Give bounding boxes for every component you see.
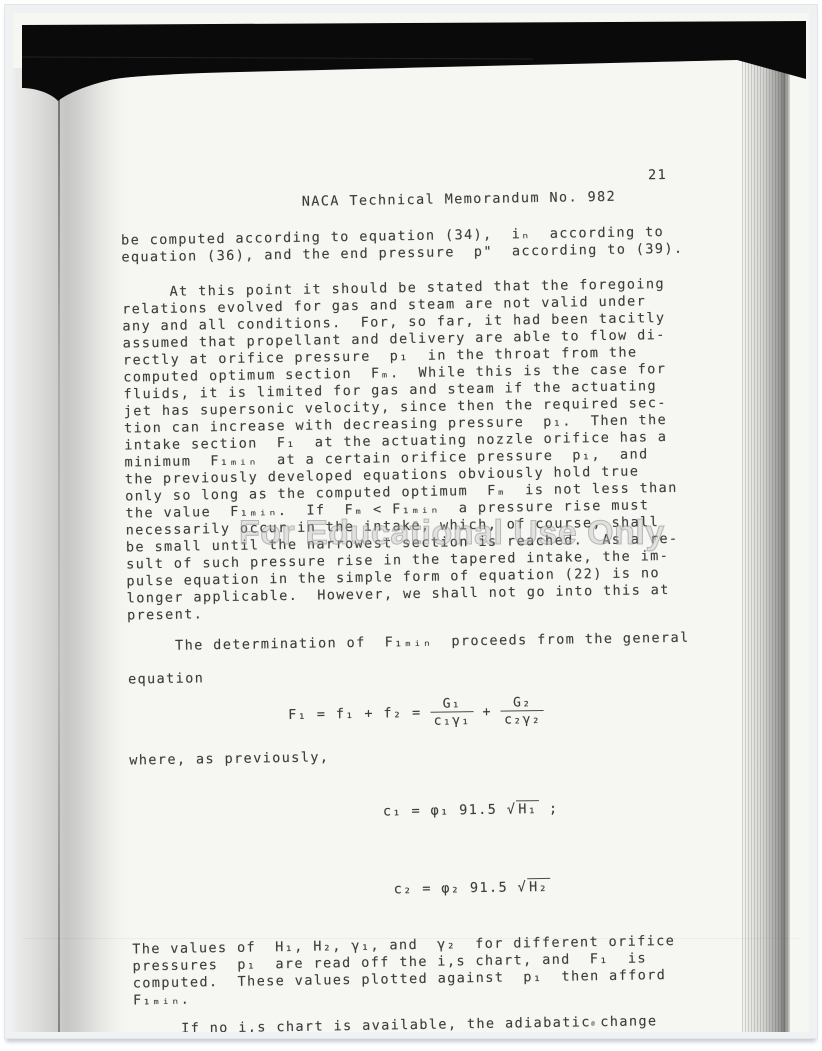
equation-c2-prefix: c₂ = φ₂ 91.5: [394, 879, 518, 897]
equation-plus-operator: +: [482, 703, 492, 720]
fraction-numerator: G₂: [508, 695, 537, 710]
paragraph-3-line-1: The determination of F₁ₘᵢₙ proceeds from…: [127, 629, 702, 655]
paragraph-1: be computed according to equation (34), …: [121, 224, 696, 267]
fraction-denominator: c₁γ₁: [431, 711, 474, 729]
book-page-scan: NACA Technical Memorandum No. 982 21 be …: [13, 13, 809, 1032]
page-header: NACA Technical Memorandum No. 982 21: [120, 171, 695, 197]
equation-c1-suffix: ;: [539, 801, 558, 817]
equation-f1-fraction-2: G₂ c₂γ₂: [501, 695, 544, 728]
text-line: If no i,s chart is available, the adiaba…: [133, 1012, 708, 1032]
page-number: 21: [648, 167, 667, 184]
radical-sign: √: [517, 879, 527, 895]
paragraph-4: The values of H₁, H₂, γ₁, and γ₂ for dif…: [132, 932, 708, 1009]
radical-sign: √: [507, 801, 517, 817]
equation-c2: c₂ = φ₂ 91.5 √H₂: [161, 848, 707, 929]
scanned-page-photo: NACA Technical Memorandum No. 982 21 be …: [4, 4, 818, 1039]
equation-f1-lhs: F₁ = f₁ + f₂ =: [288, 704, 422, 723]
book-page-edges: [742, 59, 790, 1032]
paragraph-3-line-2: equation: [128, 662, 703, 688]
equation-c1: c₁ = φ₁ 91.5 √H₁ ;: [160, 770, 706, 851]
paragraph-2: At this point it should be stated that t…: [122, 276, 702, 625]
equation-c1-prefix: c₁ = φ₁ 91.5: [383, 802, 507, 820]
paragraph-5: If no i,s chart is available, the adiaba…: [133, 1012, 708, 1032]
fraction-numerator: G₁: [438, 696, 467, 711]
scan-dark-band: [13, 13, 809, 123]
book-gutter-crease: [58, 93, 60, 1032]
page-text: NACA Technical Memorandum No. 982 21 be …: [120, 171, 709, 1032]
fraction-denominator: c₂γ₂: [501, 710, 544, 728]
equation-f1-fraction-1: G₁ c₁γ₁: [430, 696, 473, 729]
radicand: H₂: [527, 878, 550, 895]
radicand: H₁: [516, 800, 539, 817]
book-gutter-shadow: [13, 68, 131, 1032]
document-title: NACA Technical Memorandum No. 982: [302, 189, 617, 211]
equation-f1: F₁ = f₁ + f₂ = G₁ c₁γ₁ + G₂ c₂γ₂: [128, 685, 704, 740]
where-line: where, as previously,: [129, 743, 704, 769]
educational-use-watermark: For Educational Use Only: [239, 514, 665, 553]
